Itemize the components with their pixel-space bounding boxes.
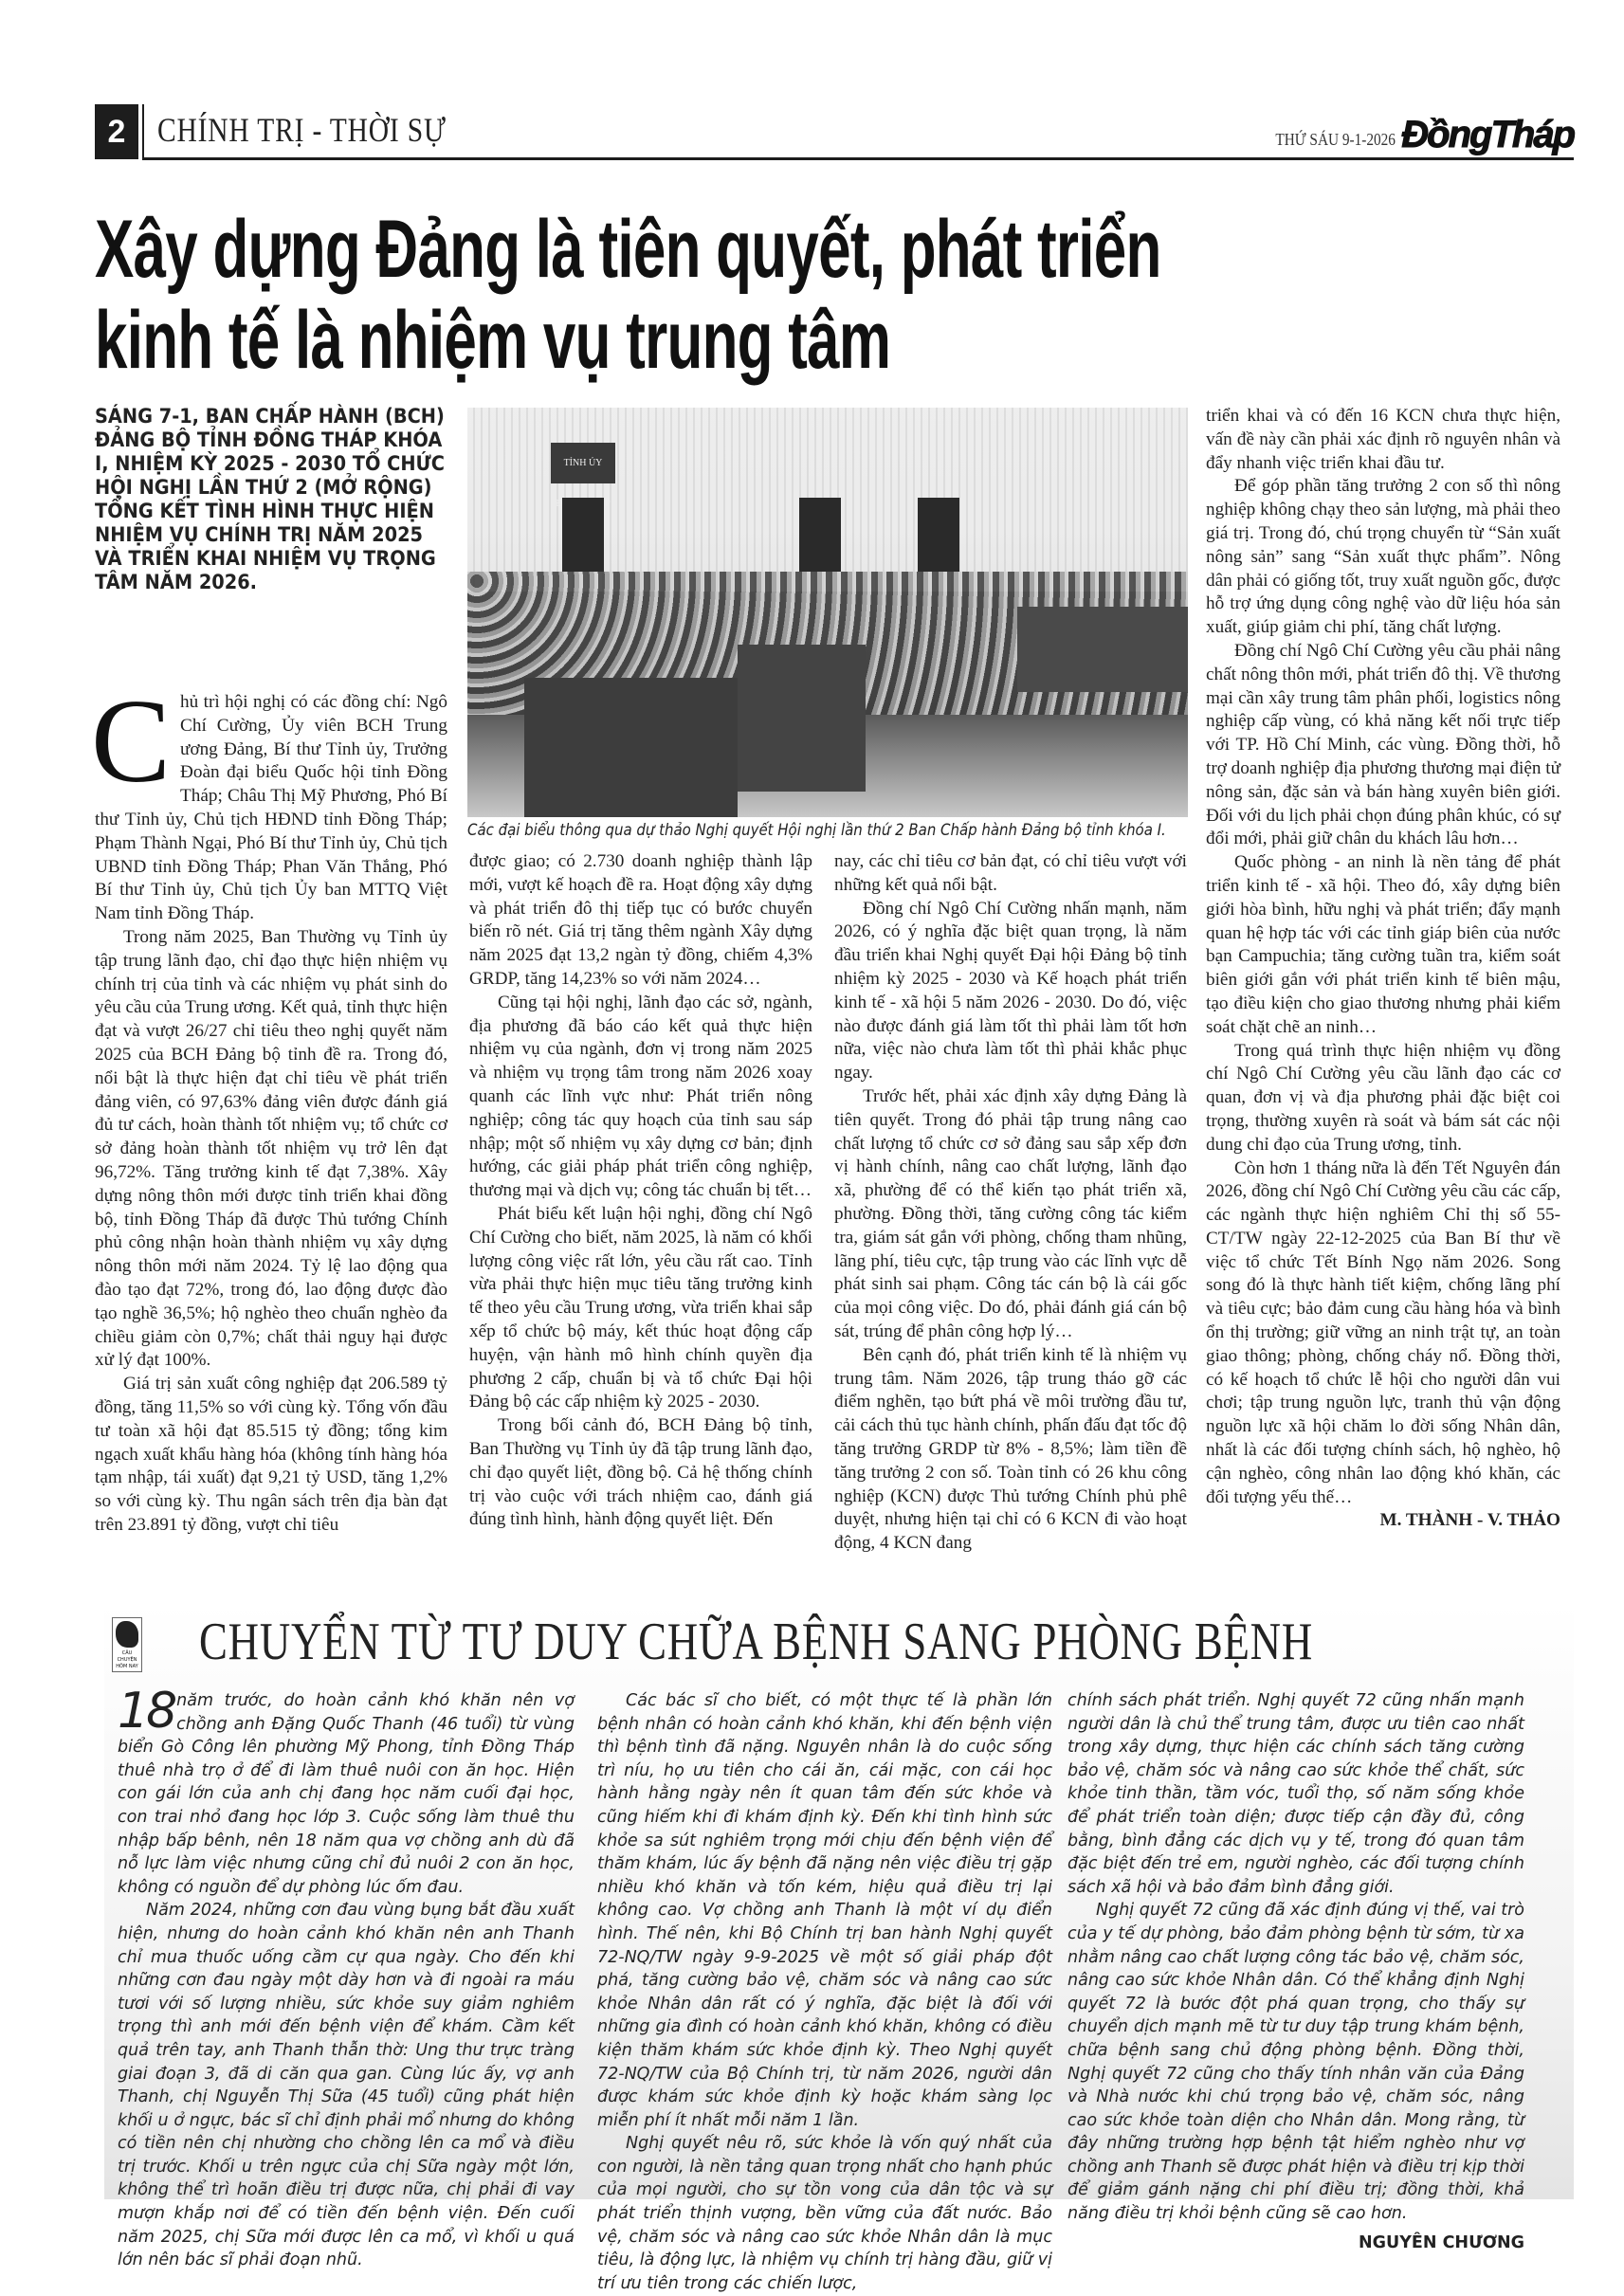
column-logo: CÂU CHUYỆN HÔM NAY xyxy=(112,1617,142,1672)
section-title: CHÍNH TRỊ - THỜI SỰ xyxy=(157,110,447,150)
photo-desk xyxy=(1017,607,1188,692)
masthead-logo: ĐồngTháp xyxy=(1401,116,1574,154)
paragraph: được giao; có 2.730 doanh nghiệp thành l… xyxy=(469,850,812,992)
feature-column-2: Các bác sĩ cho biết, có một thực tế là p… xyxy=(597,1689,1052,2295)
photo-desk xyxy=(524,678,738,817)
photo-door xyxy=(799,498,841,572)
paragraph: Nghị quyết nêu rõ, sức khỏe là vốn quý n… xyxy=(597,2132,1052,2295)
paragraph: Các bác sĩ cho biết, có một thực tế là p… xyxy=(597,1689,1052,2132)
paragraph: Đồng chí Ngô Chí Cường yêu cầu phải nâng… xyxy=(1206,640,1560,851)
paragraph: Đồng chí Ngô Chí Cường nhấn mạnh, năm 20… xyxy=(834,898,1187,1085)
header-right: THỨ SÁU 9-1-2026 ĐồngTháp xyxy=(1254,116,1574,154)
feature-box: CÂU CHUYỆN HÔM NAY CHUYỂN TỪ TƯ DUY CHỮA… xyxy=(104,1602,1574,2199)
feature-byline: NGUYÊN CHƯƠNG xyxy=(1067,2232,1524,2255)
paragraph: triển khai và có đến 16 KCN chưa thực hi… xyxy=(1206,405,1560,475)
paragraph: Bên cạnh đó, phát triển kinh tế là nhiệm… xyxy=(834,1344,1187,1556)
paragraph: Quốc phòng - an ninh là nền tảng để phát… xyxy=(1206,851,1560,1039)
paragraph: Phát biểu kết luận hội nghị, đồng chí Ng… xyxy=(469,1203,812,1414)
paragraph: Còn hơn 1 tháng nữa là đến Tết Nguyên đá… xyxy=(1206,1157,1560,1510)
column-logo-label: CÂU CHUYỆN HÔM NAY xyxy=(113,1650,141,1670)
dropcap: 18 xyxy=(118,1689,174,1733)
paragraph: chính sách phát triển. Nghị quyết 72 cũn… xyxy=(1067,1689,1524,1899)
paragraph: nay, các chỉ tiêu cơ bản đạt, có chỉ tiê… xyxy=(834,850,1187,898)
paragraph: Nghị quyết 72 cũng đã xác định đúng vị t… xyxy=(1067,1899,1524,2225)
paragraph: Trước hết, phải xác định xây dựng Đảng l… xyxy=(834,1085,1187,1344)
paragraph: Cũng tại hội nghị, lãnh đạo các sở, ngàn… xyxy=(469,992,812,1203)
story-icon xyxy=(116,1621,138,1648)
dropcap: C xyxy=(91,695,171,790)
photo-caption: Các đại biểu thông qua dự thảo Nghị quyế… xyxy=(467,821,1110,840)
paragraph: Để góp phần tăng trưởng 2 con số thì nôn… xyxy=(1206,475,1560,640)
header-divider xyxy=(142,104,144,159)
paragraph: Chủ trì hội nghị có các đồng chí: Ngô Ch… xyxy=(95,691,447,926)
page-number: 2 xyxy=(95,104,138,159)
feature-column-3: chính sách phát triển. Nghị quyết 72 cũn… xyxy=(1067,1689,1524,2254)
paragraph: Trong quá trình thực hiện nhiệm vụ đồng … xyxy=(1206,1040,1560,1157)
headline-line-2: kinh tế là nhiệm vụ trung tâm xyxy=(95,295,890,386)
headline-line-1: Xây dựng Đảng là tiên quyết, phát triển xyxy=(95,204,1161,295)
article-lead: SÁNG 7-1, BAN CHẤP HÀNH (BCH) ĐẢNG BỘ TỈ… xyxy=(95,405,445,594)
photo-sign: TỈNH ỦY ĐỒNG THÁP xyxy=(551,443,615,483)
article-column-4: triển khai và có đến 16 KCN chưa thực hi… xyxy=(1206,405,1560,1533)
header-rule xyxy=(142,157,1574,160)
issue-date: THỨ SÁU 9-1-2026 xyxy=(1276,130,1396,154)
feature-column-1: 18năm trước, do hoàn cảnh khó khăn nên v… xyxy=(118,1689,575,2272)
paragraph: Trong năm 2025, Ban Thường vụ Tỉnh ủy tậ… xyxy=(95,926,447,1373)
photo-door xyxy=(918,498,959,572)
photo-door xyxy=(562,498,604,572)
page-header: 2 CHÍNH TRỊ - THỜI SỰ THỨ SÁU 9-1-2026 Đ… xyxy=(95,104,1574,159)
paragraph: Năm 2024, những cơn đau vùng bụng bắt đầ… xyxy=(118,1899,575,2272)
article-photo: TỈNH ỦY ĐỒNG THÁP xyxy=(467,408,1188,817)
article-column-3: nay, các chỉ tiêu cơ bản đạt, có chỉ tiê… xyxy=(834,850,1187,1556)
paragraph: 18năm trước, do hoàn cảnh khó khăn nên v… xyxy=(118,1689,575,1899)
article-headline: Xây dựng Đảng là tiên quyết, phát triển … xyxy=(95,204,1528,386)
paragraph: Giá trị sản xuất công nghiệp đạt 206.589… xyxy=(95,1373,447,1538)
feature-title: CHUYỂN TỪ TƯ DUY CHỮA BỆNH SANG PHÒNG BỆ… xyxy=(199,1612,1313,1672)
paragraph: Trong bối cảnh đó, BCH Đảng bộ tỉnh, Ban… xyxy=(469,1414,812,1532)
photo-desk xyxy=(738,645,866,792)
article-column-2: được giao; có 2.730 doanh nghiệp thành l… xyxy=(469,850,812,1532)
article-column-1: Chủ trì hội nghị có các đồng chí: Ngô Ch… xyxy=(95,691,447,1538)
article-byline: M. THÀNH - V. THẢO xyxy=(1206,1509,1560,1533)
